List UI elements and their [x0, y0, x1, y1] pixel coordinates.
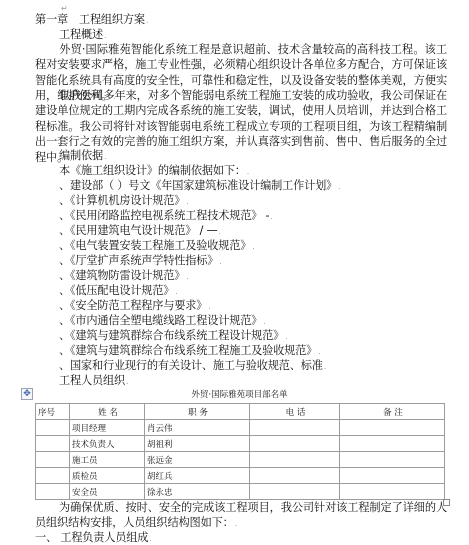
table-row: 技术负责人 胡祖利 [36, 436, 445, 452]
basis-list-item: 、《计算机机房设计规范》. [59, 193, 189, 209]
cell-index[interactable] [36, 452, 70, 468]
cell-role[interactable]: 技术负责人 [70, 436, 145, 452]
cell-index[interactable] [36, 436, 70, 452]
subsection-heading-1: 一、 工程负责人员组成. [35, 530, 152, 545]
cell-role[interactable]: 质检员 [70, 468, 145, 484]
cell-phone[interactable] [250, 420, 340, 436]
header-position: 职 务 [145, 404, 250, 420]
cell-person[interactable]: 胡祖利 [145, 436, 250, 452]
cell-remarks[interactable] [340, 452, 445, 468]
chapter-title: 第一章 工程组织方案. [35, 12, 148, 28]
basis-list-item: 、《民用闭路监控电视系统工程技术规范》 -. [59, 208, 273, 224]
cell-phone[interactable] [250, 468, 340, 484]
basis-list-item: 、《建筑与建筑群综合布线系统工程设计规范》. [59, 328, 287, 344]
cell-remarks[interactable] [340, 420, 445, 436]
cell-index[interactable] [36, 420, 70, 436]
staff-roster-table: 序号 姓 名 职 务 电 话 备 注 项目经理 肖云伟 技术负责人 胡祖利 [35, 403, 445, 500]
table-title: 外贸·国际雅苑项目部名单 [35, 389, 444, 401]
cell-remarks[interactable] [340, 468, 445, 484]
basis-list-item: 、《低压配电设计规范》. [59, 283, 178, 299]
cell-phone[interactable] [250, 452, 340, 468]
table-header-row: 序号 姓 名 职 务 电 话 备 注 [36, 404, 445, 420]
basis-list-item: 、《厅堂扩声系统声学特性指标》. [59, 253, 222, 269]
table-row: 施工员 张远金 [36, 452, 445, 468]
header-name: 姓 名 [70, 404, 145, 420]
basis-list-item: 、《市内通信全塑电缆线路工程设计规范》. [59, 313, 266, 329]
basis-list-item: 、《建筑与建筑群综合布线系统工程施工及验收规范》. [59, 343, 320, 359]
cell-person[interactable]: 胡红兵 [145, 468, 250, 484]
cell-remarks[interactable] [340, 484, 445, 500]
table-move-handle-icon[interactable]: ✥ [21, 388, 33, 400]
table-row: 安全员 徐永忠 [36, 484, 445, 500]
section-heading-staff: 工程人员组织. [59, 373, 128, 389]
table-row: 项目经理 肖云伟 [36, 420, 445, 436]
header-remarks: 备 注 [340, 404, 445, 420]
cell-person[interactable]: 徐永忠 [145, 484, 250, 500]
basis-list-item: 、国家和行业现行的有关设计、施工与验收规范、标准. [59, 358, 326, 374]
header-phone: 电 话 [250, 404, 340, 420]
cell-phone[interactable] [250, 436, 340, 452]
cell-remarks[interactable] [340, 436, 445, 452]
basis-list-item: 、《民用建筑电气设计规范》 / —. [59, 223, 221, 239]
basis-list-item: 、《建筑物防雷设计规范》. [59, 268, 189, 284]
cell-index[interactable] [36, 468, 70, 484]
cell-index[interactable] [36, 484, 70, 500]
cell-role[interactable]: 施工员 [70, 452, 145, 468]
section-heading-basis: 编制依据. [59, 148, 106, 164]
cell-phone[interactable] [250, 484, 340, 500]
table-row: 质检员 胡红兵 [36, 468, 445, 484]
cell-role[interactable]: 项目经理 [70, 420, 145, 436]
cell-person[interactable]: 肖云伟 [145, 420, 250, 436]
basis-list-item: 、建设部（ ）号文《年国家建筑标准设计编制工作计划》. [59, 178, 340, 194]
basis-list-item: 、《电气装置安装工程施工及验收规范》. [59, 238, 255, 254]
section-heading-overview: 工程概述. [59, 27, 106, 43]
cell-role[interactable]: 安全员 [70, 484, 145, 500]
basis-list-item: 、《安全防范工程程序与要求》. [59, 298, 211, 314]
basis-intro: 本《施工组织设计》的编制依据如下：. [59, 163, 249, 179]
cell-person[interactable]: 张远金 [145, 452, 250, 468]
header-index: 序号 [36, 404, 70, 420]
staff-paragraph: 为确保优质、按时、安全的完成该工程项目，我公司针对该工程制定了详细的人员组织结构… [35, 500, 447, 532]
